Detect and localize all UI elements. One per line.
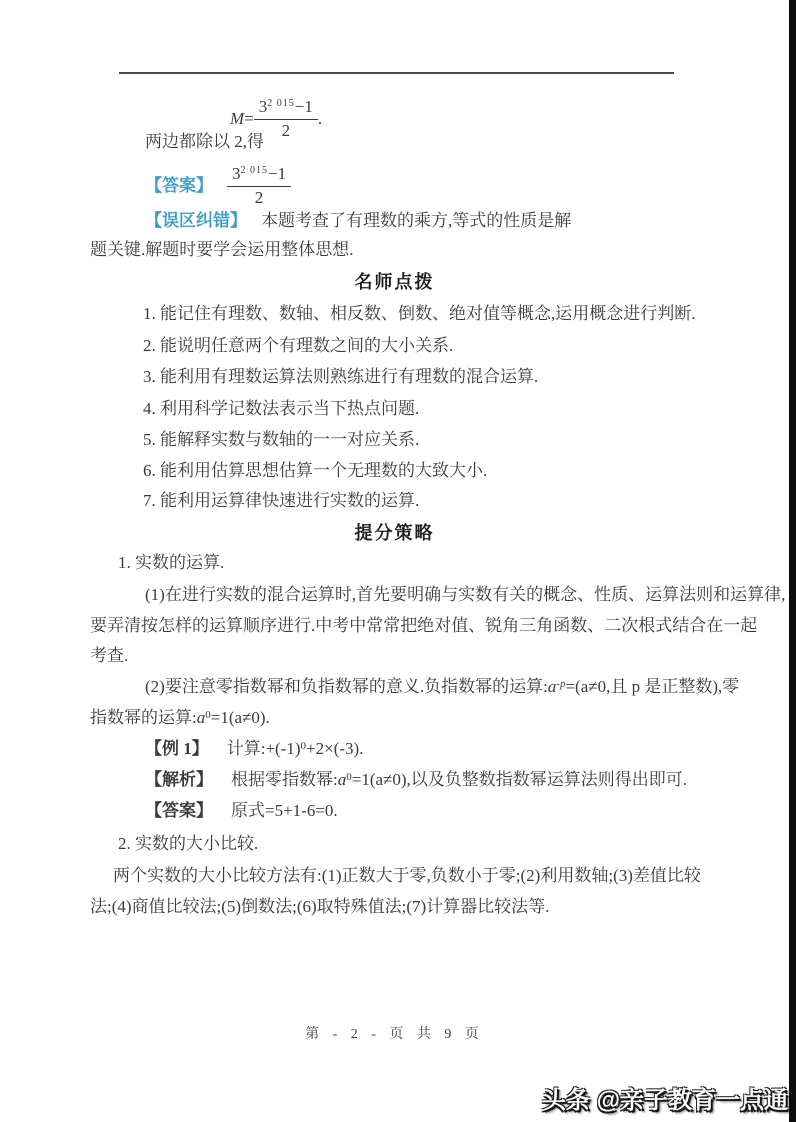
document-page: M= 32 015−1 2 . 两边都除以 2,得 【答案】 32 015−1 … [0,0,796,1122]
analysis-post: =1(a≠0),以及负整数指数幂运算法则得出即可. [352,770,687,789]
para2-pre: (2)要注意零指数幂和负指数幂的意义.负指数幂的运算: [145,677,548,696]
lead-text: 两边都除以 2,得 [145,131,264,154]
analysis-row: 【解析】 根据零指数幂:a0=1(a≠0),以及负整数指数幂运算法则得出即可. [145,769,687,792]
fraction-numerator: 32 015−1 [254,97,318,120]
watermark-toutiao: 头条 @亲子教育一点通 [542,1080,788,1115]
section-title-strategy: 提分策略 [0,519,789,545]
fraction-base: 3 [259,97,268,116]
fraction-exponent: 2 015 [267,98,295,109]
section-title-master-tips: 名师点拨 [0,268,789,294]
list-item: 1. 能记住有理数、数轴、相反数、倒数、绝对值等概念,运用概念进行判断. [143,303,696,326]
example-post: +2×(-3). [306,739,363,758]
answer-row: 【答案】 原式=5+1-6=0. [145,800,338,823]
list-item: 7. 能利用运算律快速进行实数的运算. [143,490,419,513]
list-item: 5. 能解释实数与数轴的一一对应关系. [143,429,419,452]
para2b-var: a [197,708,206,727]
misconception-text2: 题关键.解题时要学会运用整体思想. [90,239,354,262]
answer-fraction-exponent: 2 015 [241,165,269,176]
analysis-label: 【解析】 [145,769,213,792]
answer-fraction-denominator: 2 [227,187,291,208]
analysis-var: a [338,770,347,789]
misconception-line1: 【误区纠错】 本题考查了有理数的乘方,等式的性质是解 [145,210,571,233]
list-item: 2. 能说明任意两个有理数之间的大小关系. [143,335,453,358]
formula-period: . [318,109,322,129]
answer-fraction-minus-one: −1 [268,164,286,183]
top-divider-rule [119,72,674,74]
answer-top-row: 【答案】 32 015−1 2 [145,164,291,208]
example-text: 计算:+(-1)0+2×(-3). [227,738,364,761]
list-item: 6. 能利用估算思想估算一个无理数的大致大小. [143,460,487,483]
misconception-text1: 本题考查了有理数的乘方,等式的性质是解 [261,210,571,233]
list-item: 3. 能利用有理数运算法则熟练进行有理数的混合运算. [143,366,538,389]
right-edge-black-strip [789,0,796,1122]
fraction-minus-one: −1 [295,97,313,116]
page-footer: 第 - 2 - 页 共 9 页 [0,1023,789,1043]
example-row: 【例 1】 计算:+(-1)0+2×(-3). [145,738,363,761]
strategy-para3-line2: 法;(4)商值比较法;(5)倒数法;(6)取特殊值法;(7)计算器比较法等. [90,896,549,919]
formula-equals: = [244,109,254,129]
answer2-text: 原式=5+1-6=0. [231,800,338,823]
strategy-para3-line1: 两个实数的大小比较方法有:(1)正数大于零,负数小于零;(2)利用数轴;(3)差… [113,865,701,888]
strategy-para1-line2: 要弄清按怎样的运算顺序进行.中考中常常把绝对值、锐角三角函数、二次根式结合在一起 [90,615,757,638]
answer-label: 【答案】 [145,175,213,198]
analysis-text: 根据零指数幂:a0=1(a≠0),以及负整数指数幂运算法则得出即可. [231,769,687,792]
answer2-label: 【答案】 [145,800,213,823]
answer-fraction-base: 3 [232,164,241,183]
answer-fraction-numerator: 32 015−1 [227,164,291,187]
misconception-label: 【误区纠错】 [145,210,247,233]
list-item: 4. 利用科学记数法表示当下热点问题. [143,398,419,421]
strategy-para1-line3: 考查. [90,645,128,668]
strategy-para2-line2: 指数幂的运算:a0=1(a≠0). [90,707,270,730]
example-label: 【例 1】 [145,738,209,761]
strategy-point1-title: 1. 实数的运算. [118,552,224,575]
example-pre: 计算:+(-1) [227,739,301,758]
formula-variable: M [230,109,244,129]
para2-post: =(a≠0,且 p 是正整数),零 [565,677,739,696]
strategy-point2-title: 2. 实数的大小比较. [118,833,258,856]
para2b-pre: 指数幂的运算: [90,708,197,727]
analysis-pre: 根据零指数幂: [231,770,338,789]
answer-fraction: 32 015−1 2 [227,164,291,208]
strategy-para2-line1: (2)要注意零指数幂和负指数幂的意义.负指数幂的运算:a-p=(a≠0,且 p … [145,676,739,699]
para2b-post: =1(a≠0). [211,708,270,727]
strategy-para1-line1: (1)在进行实数的混合运算时,首先要明确与实数有关的概念、性质、运算法则和运算律… [145,584,785,607]
